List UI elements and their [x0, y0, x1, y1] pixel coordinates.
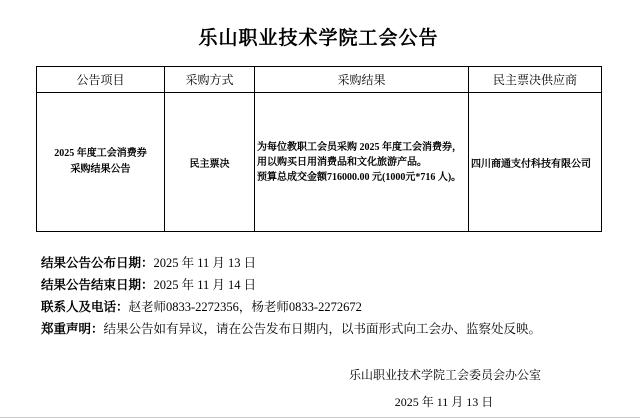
- cell-supplier: 四川商通支付科技有限公司: [469, 93, 602, 232]
- column-header-method: 采购方式: [165, 67, 255, 93]
- project-line2: 采购结果公告: [37, 162, 164, 178]
- page-title: 乐山职业技术学院工会公告: [36, 23, 601, 50]
- disclaimer-value: 结果公告如有异议，请在公告发布日期内，以书面形式向工会办、监察处反映。: [104, 322, 542, 336]
- end-date-value: 2025 年 11 月 14 日: [154, 278, 257, 292]
- signature-office: 乐山职业技术学院工会委员会办公室: [349, 367, 539, 383]
- result-line3: 预算总成交金额716000.00 元(1000元*716 人)。: [257, 170, 466, 185]
- disclaimer-label: 郑重声明：: [41, 322, 104, 336]
- announcement-details: 结果公告公布日期：2025 年 11 月 13 日 结果公告结束日期：2025 …: [41, 252, 601, 340]
- contact-value: 赵老师0833-2272356，杨老师0833-2272672: [129, 300, 362, 314]
- result-line1: 为每位教职工会员采购 2025 年度工会消费券，: [257, 140, 466, 155]
- cell-result: 为每位教职工会员采购 2025 年度工会消费券， 用以购买日用消费品和文化旅游产…: [255, 93, 469, 232]
- column-header-project: 公告项目: [37, 67, 165, 93]
- contact-line: 联系人及电话：赵老师0833-2272356，杨老师0833-2272672: [41, 296, 601, 318]
- table-row: 2025 年度工会消费券 采购结果公告 民主票决 为每位教职工会员采购 2025…: [37, 93, 602, 232]
- column-header-supplier: 民主票决供应商: [469, 67, 602, 93]
- result-line2: 用以购买日用消费品和文化旅游产品。: [257, 155, 466, 170]
- procurement-result-table: 公告项目 采购方式 采购结果 民主票决供应商 2025 年度工会消费券 采购结果…: [36, 66, 602, 232]
- signature-date: 2025 年 11 月 13 日: [349, 395, 539, 409]
- end-date-label: 结果公告结束日期：: [41, 278, 154, 292]
- signature-block: 乐山职业技术学院工会委员会办公室 2025 年 11 月 13 日: [349, 367, 539, 409]
- disclaimer-line: 郑重声明：结果公告如有异议，请在公告发布日期内，以书面形式向工会办、监察处反映。: [41, 318, 601, 340]
- cell-method: 民主票决: [165, 93, 255, 232]
- publish-date-value: 2025 年 11 月 13 日: [154, 256, 257, 270]
- publish-date-line: 结果公告公布日期：2025 年 11 月 13 日: [41, 252, 601, 274]
- table-header-row: 公告项目 采购方式 采购结果 民主票决供应商: [37, 67, 602, 93]
- end-date-line: 结果公告结束日期：2025 年 11 月 14 日: [41, 274, 601, 296]
- cell-project: 2025 年度工会消费券 采购结果公告: [37, 93, 165, 232]
- project-line1: 2025 年度工会消费券: [37, 146, 164, 162]
- contact-label: 联系人及电话：: [41, 300, 129, 314]
- announcement-document: 乐山职业技术学院工会公告 公告项目 采购方式 采购结果 民主票决供应商 2025…: [0, 0, 640, 418]
- column-header-result: 采购结果: [255, 67, 469, 93]
- publish-date-label: 结果公告公布日期：: [41, 256, 154, 270]
